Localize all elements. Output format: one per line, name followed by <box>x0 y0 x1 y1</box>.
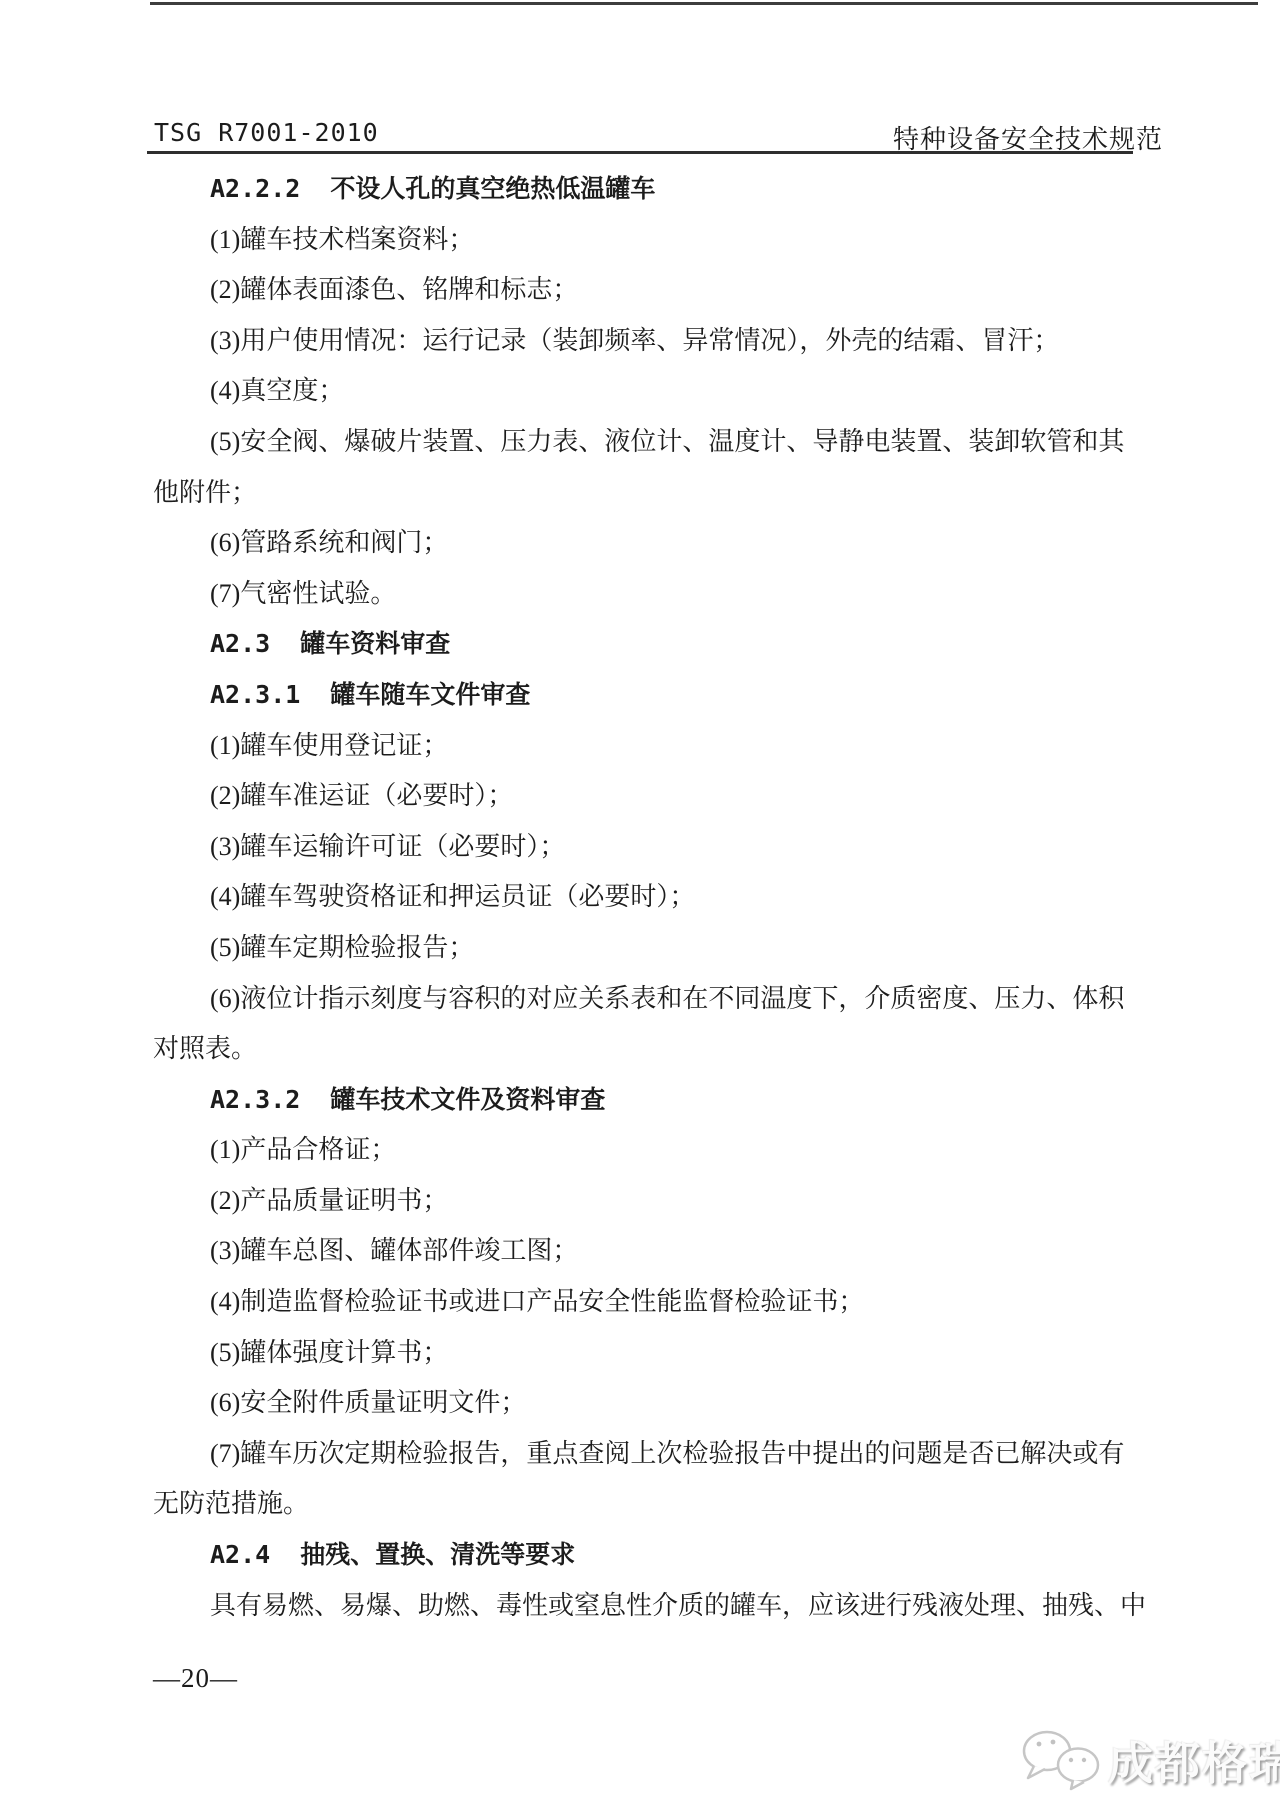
body-lines: A2.2.2 不设人孔的真空绝热低温罐车(1)罐车技术档案资料；(2)罐体表面漆… <box>153 164 1163 1631</box>
text-line: (2)产品质量证明书； <box>153 1176 1163 1227</box>
watermark: 成都格瑞特 <box>1020 1726 1280 1792</box>
header-rule <box>147 151 1133 154</box>
text-line: 对照表。 <box>153 1024 1163 1075</box>
section-heading: A2.4 抽残、置换、清洗等要求 <box>153 1530 1163 1581</box>
text-line: (3)罐车总图、罐体部件竣工图； <box>153 1226 1163 1277</box>
text-line: (4)罐车驾驶资格证和押运员证（必要时）； <box>153 872 1163 923</box>
text-line: (5)罐车定期检验报告； <box>153 923 1163 974</box>
scan-edge-line <box>150 2 1258 5</box>
wechat-icon <box>1020 1726 1108 1792</box>
text-line: (4)制造监督检验证书或进口产品安全性能监督检验证书； <box>153 1277 1163 1328</box>
text-line: (1)罐车使用登记证； <box>153 721 1163 772</box>
watermark-brand: 成都格瑞特 <box>1108 1727 1280 1792</box>
text-line: (6)安全附件质量证明文件； <box>153 1378 1163 1429</box>
section-heading: A2.3.2 罐车技术文件及资料审查 <box>153 1075 1163 1126</box>
text-line: (6)管路系统和阀门； <box>153 518 1163 569</box>
text-line: (3)罐车运输许可证（必要时）； <box>153 822 1163 873</box>
text-line: (1)罐车技术档案资料； <box>153 215 1163 266</box>
section-heading: A2.2.2 不设人孔的真空绝热低温罐车 <box>153 164 1163 215</box>
text-line: (5)罐体强度计算书； <box>153 1328 1163 1379</box>
page-number: —20— <box>153 1662 238 1694</box>
document-page: TSG R7001-2010 特种设备安全技术规范 A2.2.2 不设人孔的真空… <box>0 0 1280 1810</box>
text-line: (4)真空度； <box>153 366 1163 417</box>
text-line: (7)罐车历次定期检验报告，重点查阅上次检验报告中提出的问题是否已解决或有 <box>153 1429 1163 1480</box>
text-line: (3)用户使用情况：运行记录（装卸频率、异常情况），外壳的结霜、冒汗； <box>153 316 1163 367</box>
section-heading: A2.3 罐车资料审查 <box>153 619 1163 670</box>
text-line: (2)罐体表面漆色、铭牌和标志； <box>153 265 1163 316</box>
text-line: (1)产品合格证； <box>153 1125 1163 1176</box>
header-doc-code: TSG R7001-2010 <box>154 118 379 147</box>
text-line: (5)安全阀、爆破片装置、压力表、液位计、温度计、导静电装置、装卸软管和其 <box>153 417 1163 468</box>
text-line: (7)气密性试验。 <box>153 569 1163 620</box>
text-line: 无防范措施。 <box>153 1479 1163 1530</box>
text-line: (2)罐车准运证（必要时）； <box>153 771 1163 822</box>
section-heading: A2.3.1 罐车随车文件审查 <box>153 670 1163 721</box>
text-line: (6)液位计指示刻度与容积的对应关系表和在不同温度下，介质密度、压力、体积 <box>153 974 1163 1025</box>
text-line: 具有易燃、易爆、助燃、毒性或窒息性介质的罐车，应该进行残液处理、抽残、中 <box>153 1581 1163 1632</box>
text-line: 他附件； <box>153 468 1163 519</box>
